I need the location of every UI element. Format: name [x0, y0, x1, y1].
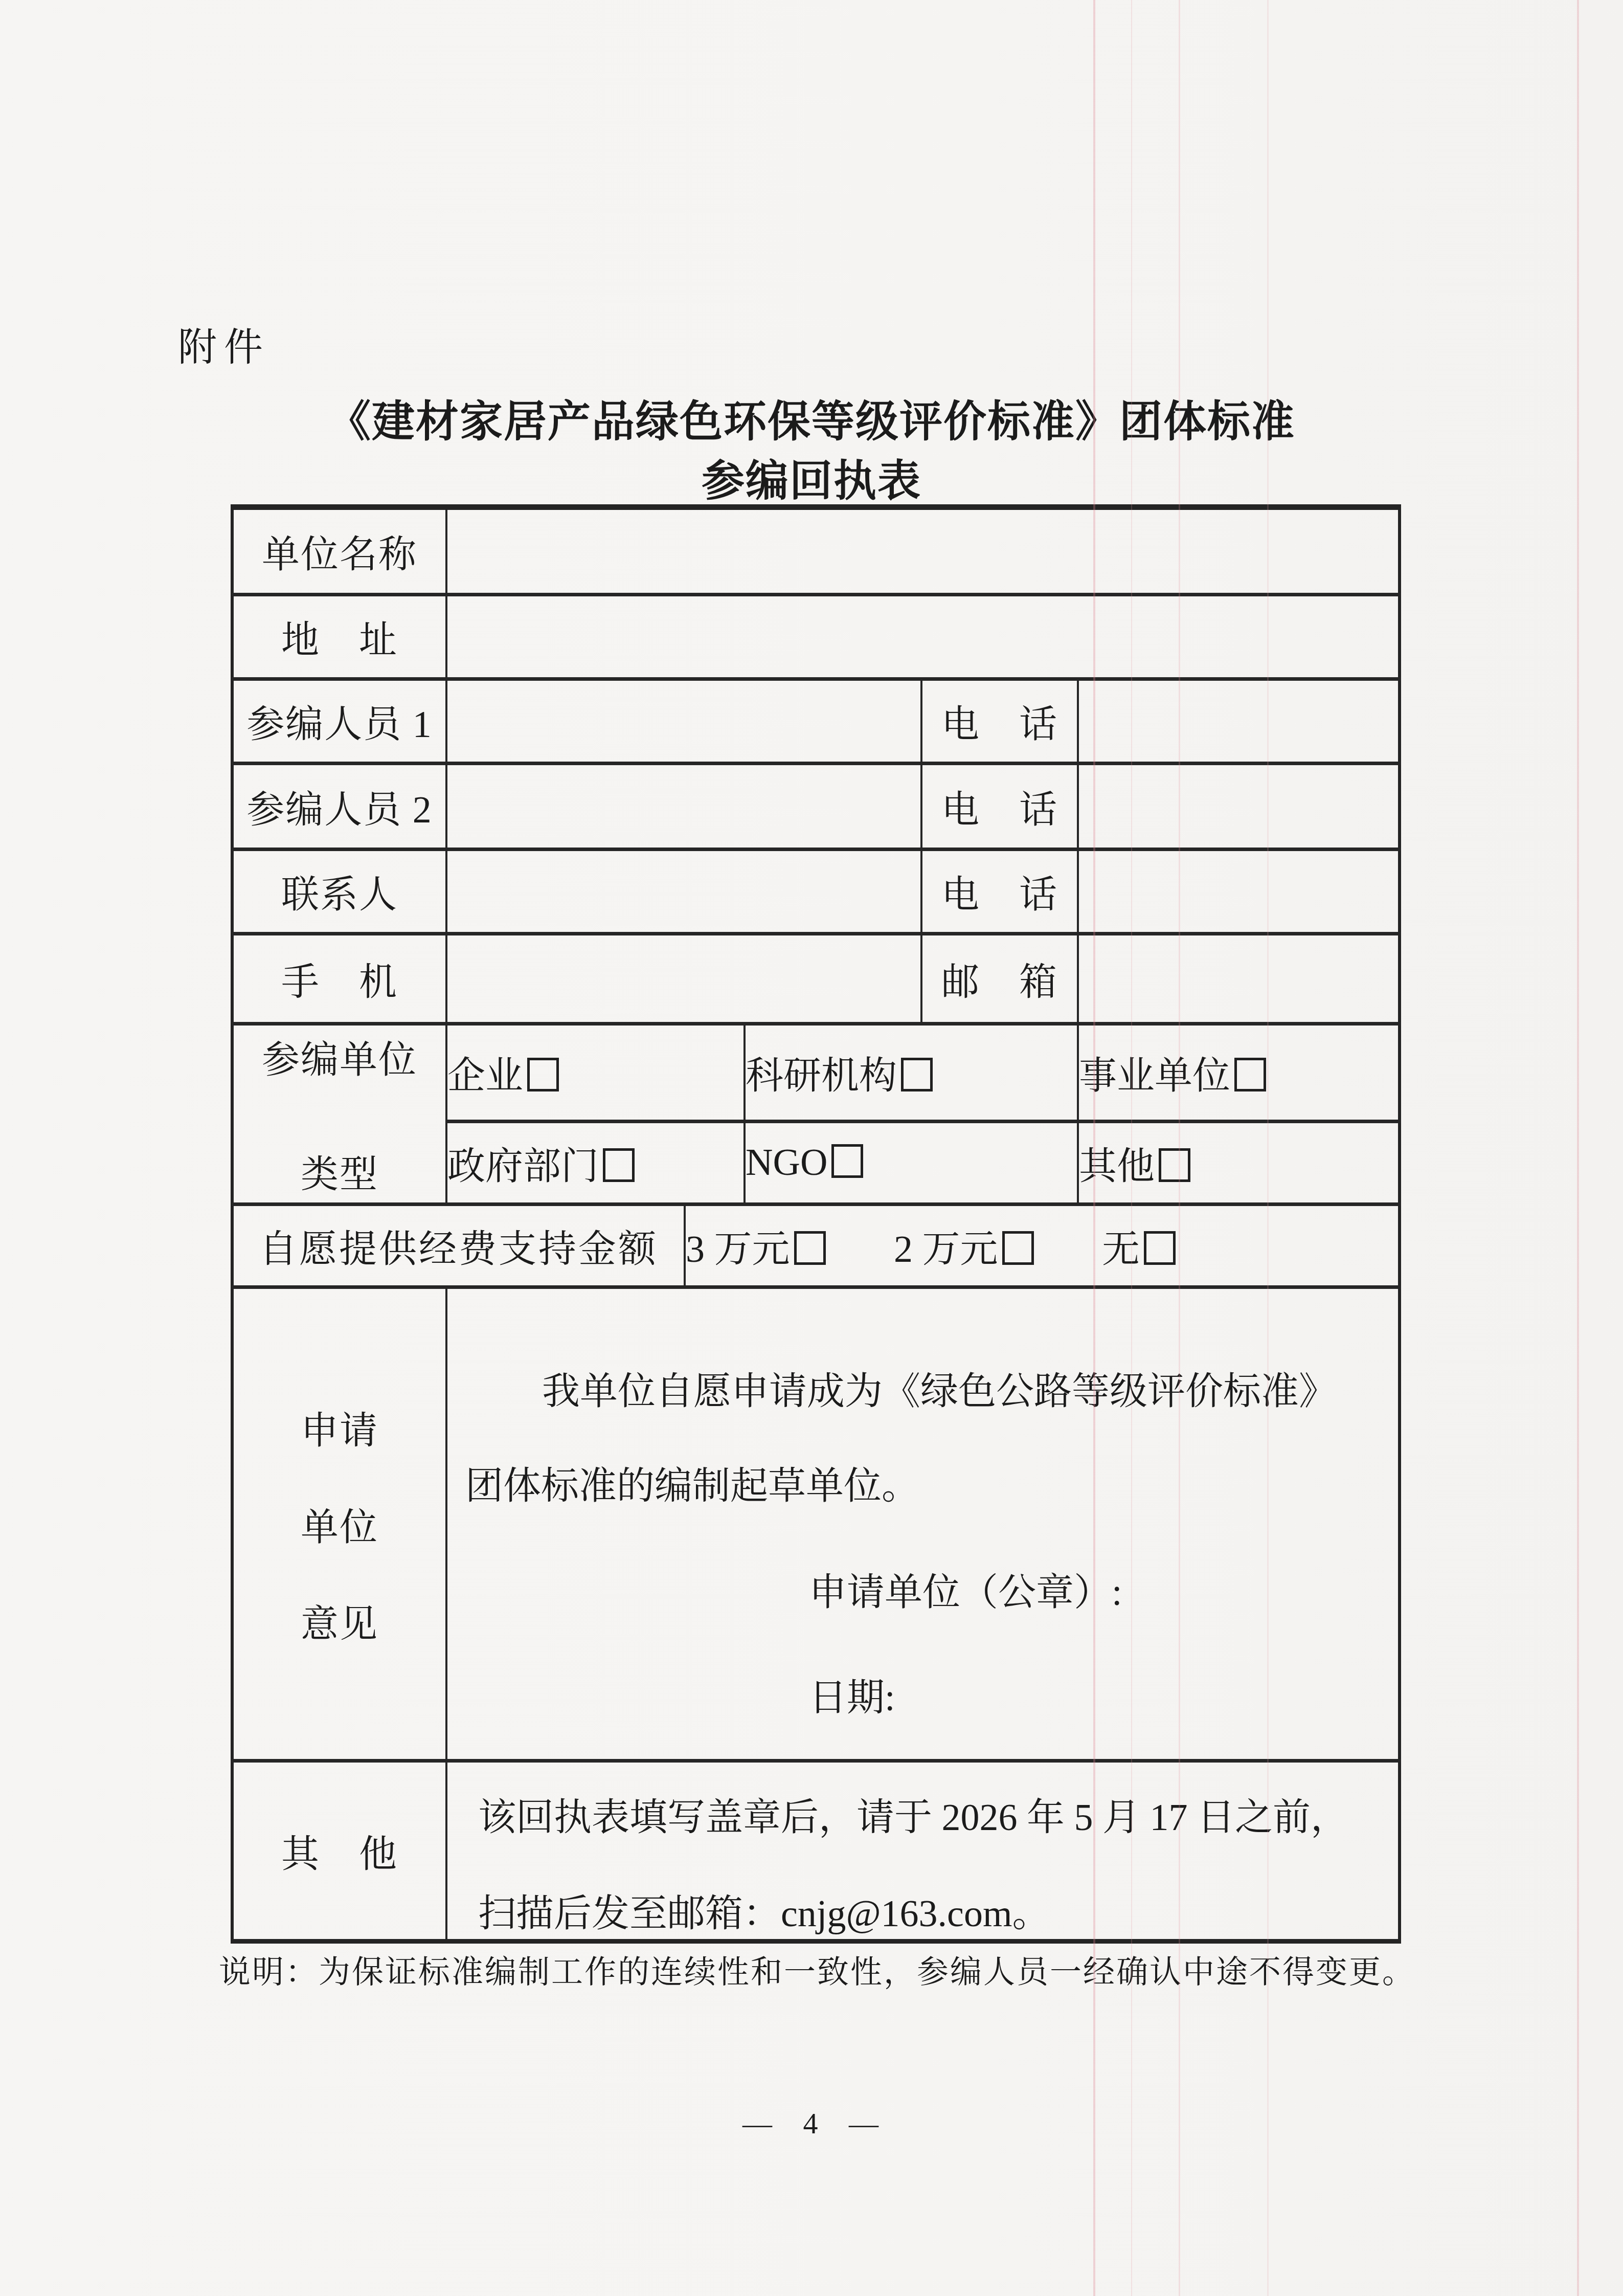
mobile-label: 手 机 — [232, 934, 446, 1024]
checkbox — [1144, 1231, 1176, 1265]
checkbox — [1234, 1058, 1266, 1091]
scanned-document-page: 附件 《建材家居产品绿色环保等级评价标准》团体标准 参编回执表 单位名称 地 址… — [0, 0, 1623, 2296]
contact-phone-label: 电 话 — [921, 850, 1078, 934]
contact-phone-value-cell — [1078, 850, 1400, 934]
member2-value-cell — [446, 764, 921, 850]
unit-type-option-ngo: NGO — [745, 1122, 1078, 1205]
member2-phone-label: 电 话 — [921, 764, 1078, 850]
row-opinion: 申请 单位 意见 我单位自愿申请成为《绿色公路等级评价标准》 团体标准的编制起草… — [232, 1287, 1400, 1761]
attachment-label: 附件 — [178, 316, 270, 372]
footnote: 说明：为保证标准编制工作的连续性和一致性，参编人员一经确认中途不得变更。 — [219, 1947, 1415, 1992]
row-member2: 参编人员 2 电 话 — [232, 764, 1400, 850]
opinion-label-line2: 单位 — [301, 1497, 378, 1551]
option-institution-text: 事业单位 — [1079, 1055, 1230, 1097]
email-value-cell — [1078, 934, 1400, 1024]
unit-type-label: 参编单位 类型 — [232, 1024, 446, 1205]
funding-options-cell: 3 万元 2 万元 无 — [685, 1205, 1400, 1287]
date-label: 日期: — [809, 1667, 1398, 1722]
mobile-value-cell — [446, 934, 921, 1024]
opinion-label: 申请 单位 意见 — [232, 1287, 446, 1761]
seal-label: 申请单位（公章）: — [809, 1562, 1398, 1616]
document-title-line1: 《建材家居产品绿色环保等级评价标准》团体标准 — [0, 392, 1623, 451]
member1-phone-label: 电 话 — [921, 679, 1078, 764]
scan-streak — [1577, 0, 1579, 2296]
opinion-content-cell: 我单位自愿申请成为《绿色公路等级评价标准》 团体标准的编制起草单位。 申请单位（… — [446, 1287, 1400, 1761]
row-unit-type-1: 参编单位 类型 企业 科研机构 事业单位 — [232, 1024, 1400, 1122]
unit-type-label-line2: 类型 — [301, 1144, 378, 1198]
funding-label: 自愿提供经费支持金额 — [232, 1205, 685, 1287]
option-ngo-text: NGO — [746, 1142, 827, 1184]
checkbox — [603, 1148, 635, 1182]
unit-type-label-line1: 参编单位 — [262, 1030, 417, 1084]
member2-label: 参编人员 2 — [232, 764, 446, 850]
document-title: 《建材家居产品绿色环保等级评价标准》团体标准 参编回执表 — [0, 392, 1623, 510]
opinion-statement: 我单位自愿申请成为《绿色公路等级评价标准》 团体标准的编制起草单位。 — [465, 1345, 1388, 1534]
row-funding: 自愿提供经费支持金额 3 万元 2 万元 无 — [232, 1205, 1400, 1287]
unit-type-option-other: 其他 — [1078, 1122, 1400, 1205]
other-line2: 扫描后发至邮箱：cnjg@163.com。 — [478, 1883, 1388, 1937]
unit-type-option-research: 科研机构 — [745, 1024, 1078, 1122]
contact-value-cell — [446, 850, 921, 934]
row-member1: 参编人员 1 电 话 — [232, 679, 1400, 764]
row-unit-name: 单位名称 — [232, 507, 1400, 595]
row-mobile: 手 机 邮 箱 — [232, 934, 1400, 1024]
member1-phone-value-cell — [1078, 679, 1400, 764]
opinion-label-line3: 意见 — [301, 1594, 378, 1648]
option-enterprise-text: 企业 — [447, 1055, 523, 1097]
checkbox — [527, 1058, 559, 1091]
reply-form-table: 单位名称 地 址 参编人员 1 电 话 参编人员 2 电 话 联系人 电 话 手 — [231, 504, 1401, 1944]
unit-type-option-institution: 事业单位 — [1078, 1024, 1400, 1122]
option-other-text: 其他 — [1079, 1146, 1155, 1188]
checkbox — [794, 1231, 826, 1265]
option-government-text: 政府部门 — [447, 1146, 599, 1188]
member1-value-cell — [446, 679, 921, 764]
row-other: 其 他 该回执表填写盖章后，请于 2026 年 5 月 17 日之前， 扫描后发… — [232, 1761, 1400, 1942]
funding-option-2w: 2 万元 — [894, 1229, 1034, 1270]
other-content-cell: 该回执表填写盖章后，请于 2026 年 5 月 17 日之前， 扫描后发至邮箱：… — [446, 1761, 1400, 1942]
opinion-label-line1: 申请 — [301, 1400, 378, 1455]
unit-type-option-enterprise: 企业 — [446, 1024, 745, 1122]
checkbox — [1002, 1231, 1034, 1265]
contact-label: 联系人 — [232, 850, 446, 934]
funding-option-3w: 3 万元 — [686, 1229, 826, 1270]
row-contact: 联系人 电 话 — [232, 850, 1400, 934]
other-label: 其 他 — [232, 1761, 446, 1942]
member2-phone-value-cell — [1078, 764, 1400, 850]
document-title-line2: 参编回执表 — [0, 451, 1623, 510]
unit-name-label: 单位名称 — [232, 507, 446, 595]
checkbox — [901, 1058, 933, 1091]
member1-label: 参编人员 1 — [232, 679, 446, 764]
address-label: 地 址 — [232, 595, 446, 679]
unit-type-option-government: 政府部门 — [446, 1122, 745, 1205]
checkbox — [1159, 1148, 1190, 1182]
opinion-statement-line1: 我单位自愿申请成为《绿色公路等级评价标准》 — [542, 1371, 1337, 1413]
option-research-text: 科研机构 — [746, 1055, 897, 1097]
email-label: 邮 箱 — [921, 934, 1078, 1024]
page-number: — 4 — — [0, 2106, 1623, 2141]
other-line1: 该回执表填写盖章后，请于 2026 年 5 月 17 日之前， — [478, 1787, 1388, 1841]
address-value-cell — [446, 595, 1400, 679]
checkbox — [831, 1144, 863, 1178]
funding-option-none: 无 — [1102, 1229, 1176, 1270]
opinion-statement-line2: 团体标准的编制起草单位。 — [465, 1465, 919, 1507]
unit-name-value-cell — [446, 507, 1400, 595]
row-address: 地 址 — [232, 595, 1400, 679]
